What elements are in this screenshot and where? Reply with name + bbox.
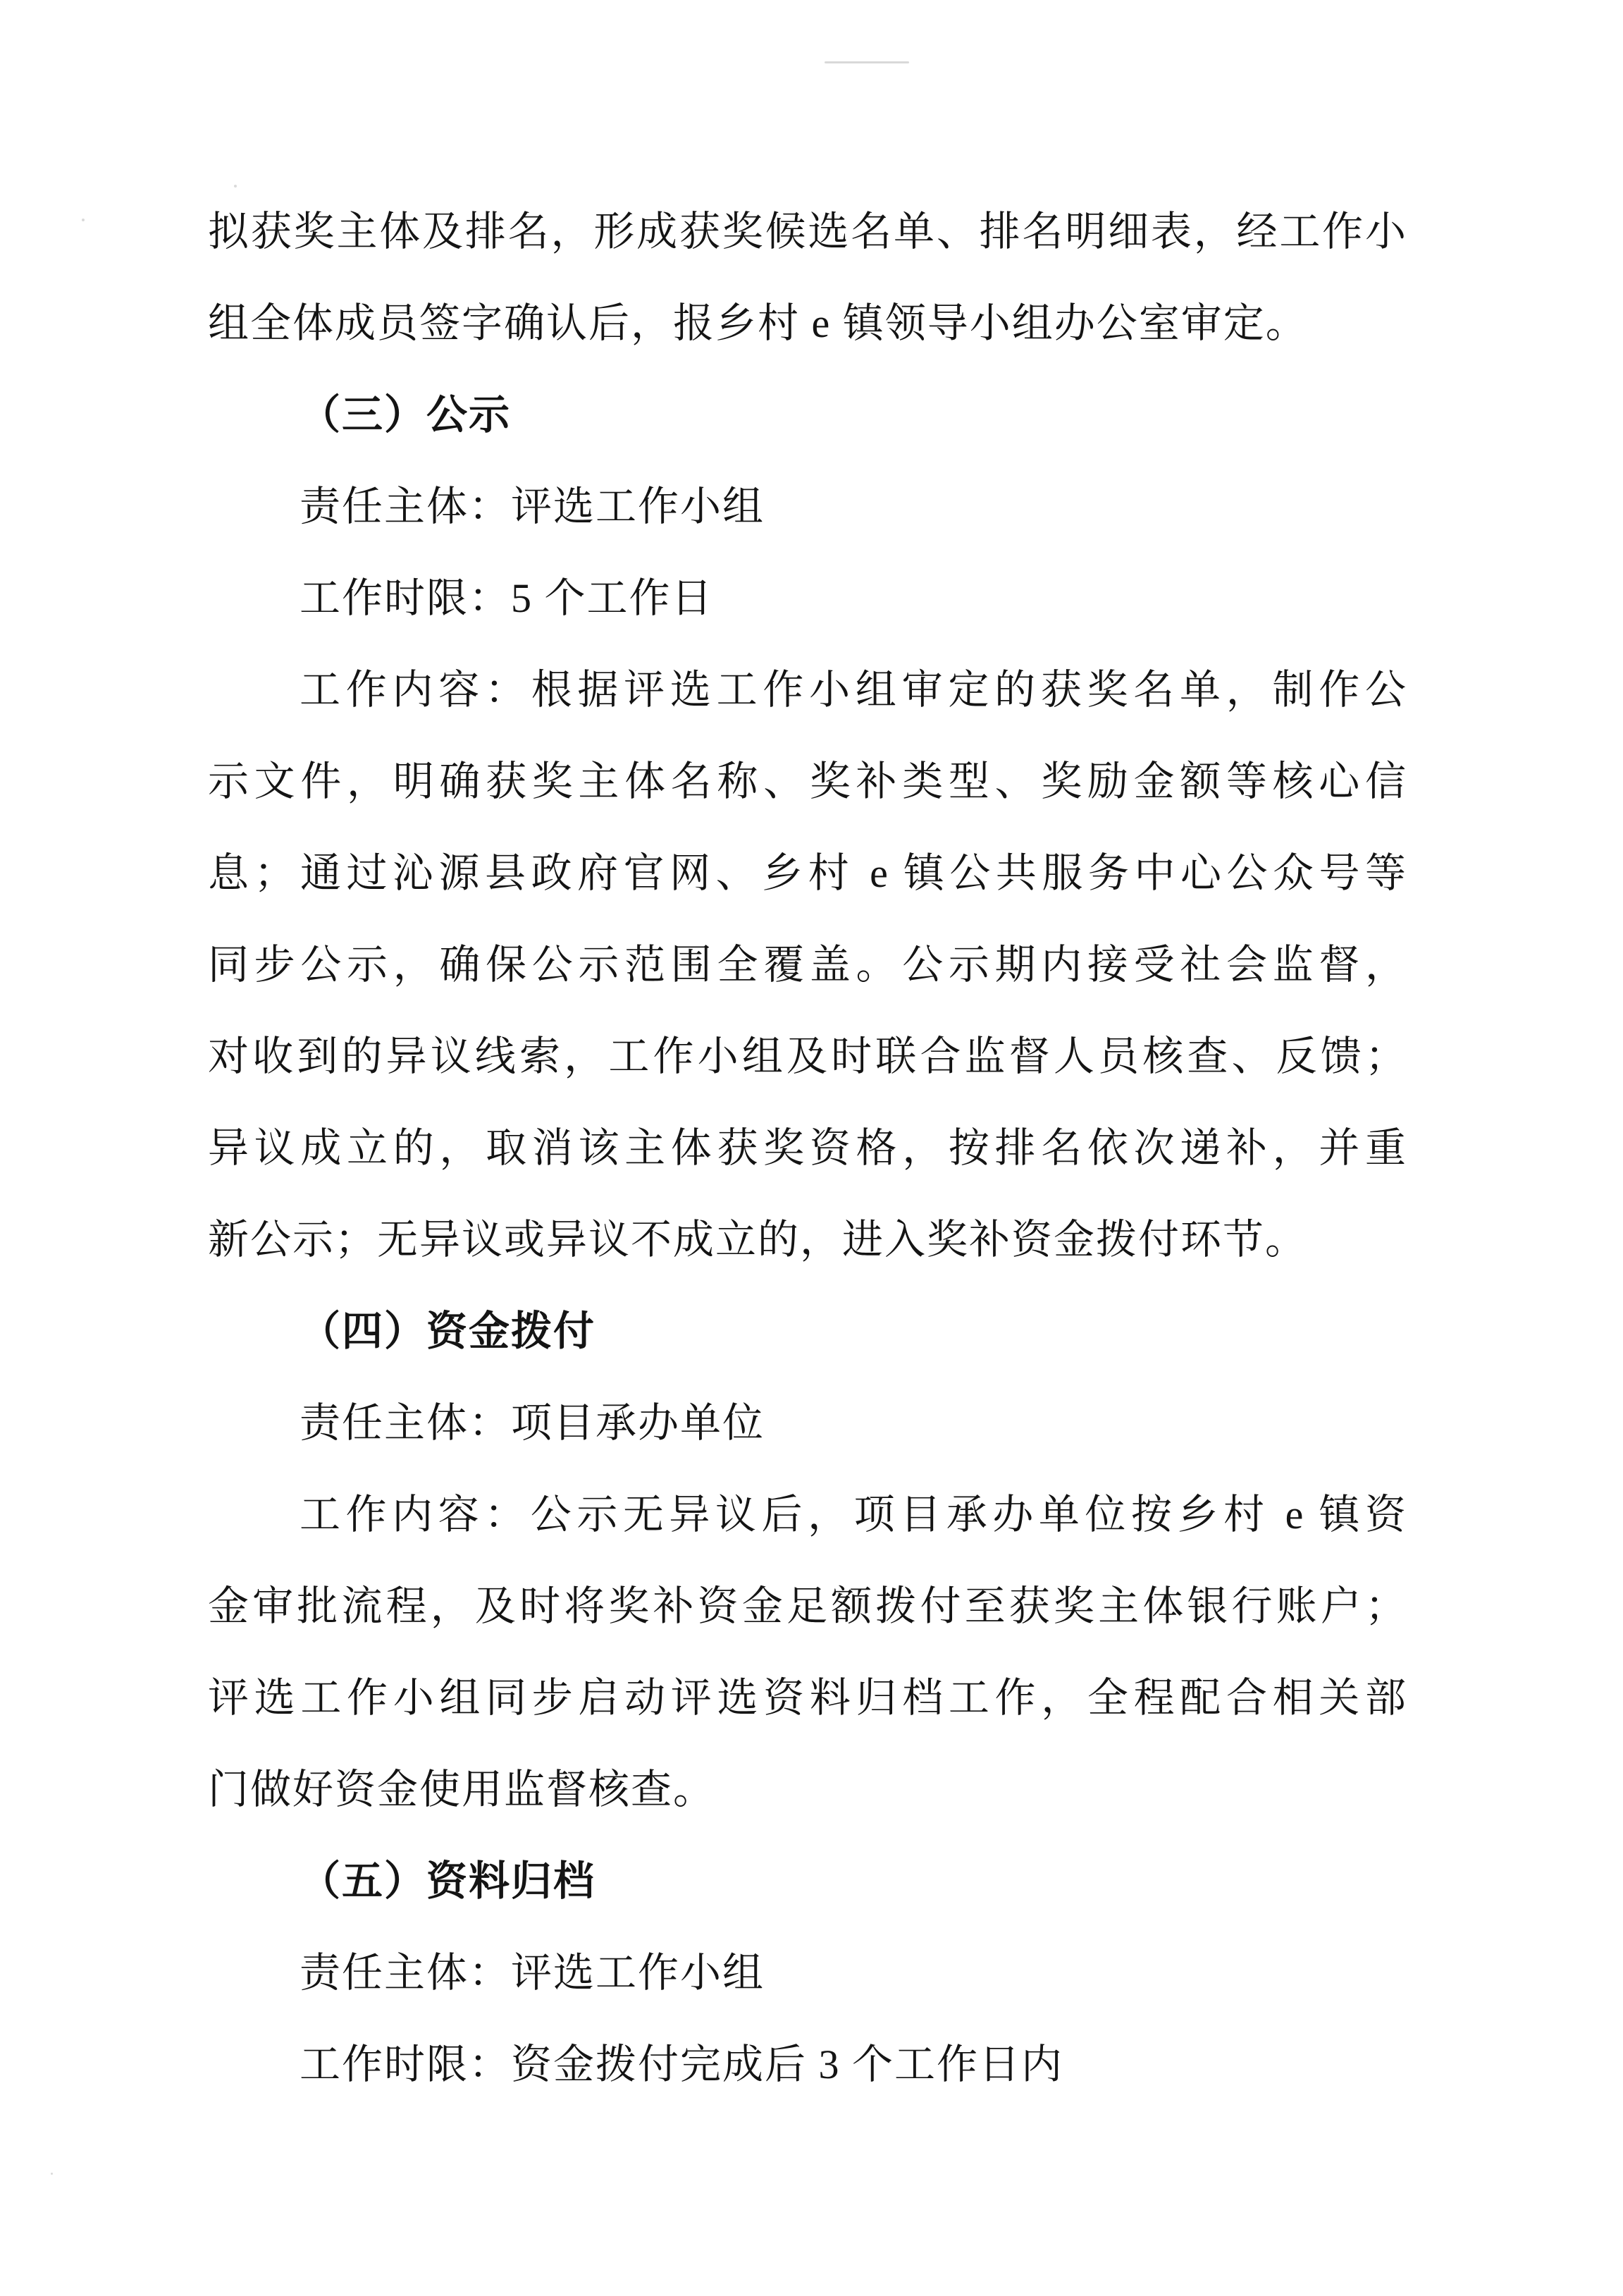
text-line: 工作时限：资金拨付完成后 3 个工作日内 <box>208 2019 1406 2111</box>
document-page: 拟获奖主体及排名，形成获奖候选名单、排名明细表，经工作小组全体成员签字确认后，报… <box>0 0 1623 2296</box>
text-line: 息；通过沁源县政府官网、乡村 e 镇公共服务中心公众号等 <box>208 828 1406 919</box>
text-line: 对收到的异议线索，工作小组及时联合监督人员核查、反馈； <box>208 1011 1406 1103</box>
text-line: 示文件，明确获奖主体名称、奖补类型、奖励金额等核心信 <box>208 736 1406 828</box>
scan-artifact <box>825 61 909 63</box>
text-line: 工作内容：公示无异议后，项目承办单位按乡村 e 镇资 <box>208 1469 1406 1561</box>
text-line: 拟获奖主体及排名，形成获奖候选名单、排名明细表，经工作小 <box>208 186 1406 278</box>
text-line: 评选工作小组同步启动评选资料归档工作，全程配合相关部 <box>208 1652 1406 1744</box>
text-line: 责任主体：项目承办单位 <box>208 1377 1406 1469</box>
text-line: 金审批流程，及时将奖补资金足额拨付至获奖主体银行账户； <box>208 1561 1406 1652</box>
text-line: 工作时限：5 个工作日 <box>208 553 1406 644</box>
text-line: 责任主体：评选工作小组 <box>208 461 1406 553</box>
text-line: 责任主体：评选工作小组 <box>208 1927 1406 2019</box>
text-line: 组全体成员签字确认后，报乡村 e 镇领导小组办公室审定。 <box>208 278 1406 369</box>
text-line: 新公示；无异议或异议不成立的，进入奖补资金拨付环节。 <box>208 1194 1406 1286</box>
scan-artifact <box>51 2173 53 2175</box>
scan-artifact <box>82 219 85 221</box>
text-line: 异议成立的，取消该主体获奖资格，按排名依次递补，并重 <box>208 1103 1406 1194</box>
text-line: （四）资金拨付 <box>208 1286 1406 1377</box>
text-line: （五）资料归档 <box>208 1836 1406 1927</box>
text-line: 门做好资金使用监督核查。 <box>208 1744 1406 1836</box>
document-body: 拟获奖主体及排名，形成获奖候选名单、排名明细表，经工作小组全体成员签字确认后，报… <box>208 186 1406 2111</box>
text-line: 同步公示，确保公示范围全覆盖。公示期内接受社会监督， <box>208 919 1406 1011</box>
text-line: 工作内容：根据评选工作小组审定的获奖名单，制作公 <box>208 644 1406 736</box>
text-line: （三）公示 <box>208 369 1406 461</box>
